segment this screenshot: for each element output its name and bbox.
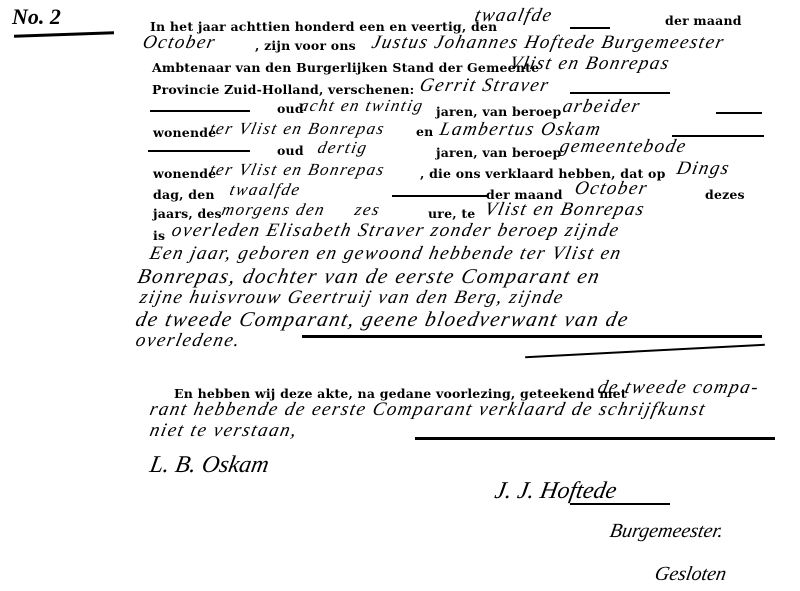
record-number-underline	[14, 31, 114, 37]
hand-day: twaalfde	[473, 5, 555, 27]
hand-month-2: October	[573, 178, 650, 200]
closing-rule	[302, 335, 762, 338]
line-10-ure: ure, te	[428, 206, 475, 221]
line-6-en: en	[416, 124, 433, 139]
signature-underline	[570, 503, 670, 505]
fill-line	[570, 27, 610, 29]
hand-occupation-2: gemeentebode	[558, 136, 689, 158]
hand-occupation-1: arbeider	[561, 96, 643, 118]
signature-witness: L. B. Oskam	[148, 452, 271, 479]
line-2-print: , zijn voor ons	[255, 38, 356, 53]
hand-line-16: overledene.	[134, 330, 243, 352]
hand-line-12: Een jaar, geboren en gewoond hebbende te…	[148, 243, 624, 265]
closing-flourish	[525, 344, 765, 359]
record-number: No. 2	[12, 4, 61, 30]
hand-declarant-1: Gerrit Straver	[418, 75, 552, 97]
hand-residence-2: ter Vlist en Bonrepas	[208, 160, 387, 180]
hand-line-11: overleden Elisabeth Straver zonder beroe…	[170, 220, 622, 242]
line-9-dag: dag, den	[153, 187, 215, 202]
hand-time: morgens den	[220, 200, 327, 220]
record-number-value: 2	[50, 4, 61, 29]
fill-line	[716, 112, 762, 114]
hand-weekday: Dings	[675, 158, 733, 180]
line-4-print: Provincie Zuid-Holland, verschenen:	[152, 82, 415, 97]
hand-municipality: Vlist en Bonrepas	[508, 53, 673, 75]
fill-line	[392, 195, 487, 197]
line-9-dezes: dezes	[705, 187, 745, 202]
record-number-label: No.	[12, 4, 44, 29]
hand-residence-1: ter Vlist en Bonrepas	[208, 119, 387, 139]
line-3-print: Ambtenaar van den Burgerlijken Stand der…	[152, 60, 539, 75]
civil-record-page: No. 2 In het jaar achttien honderd een e…	[0, 0, 800, 591]
hand-day-2: twaalfde	[228, 180, 303, 200]
hand-mayor-name: Justus Johannes Hoftede Burgemeester	[370, 32, 727, 54]
closing-hand-1: de tweede compa-	[596, 377, 762, 399]
line-8-wonende: wonende	[153, 166, 216, 181]
signature-mayor: J. J. Hoftede	[493, 478, 619, 505]
line-1-print-b: der maand	[665, 13, 742, 28]
hand-age-2: dertig	[316, 138, 370, 158]
line-1-print: In het jaar achttien honderd een en veer…	[150, 12, 497, 34]
fill-line	[570, 92, 670, 94]
line-7-oud: oud	[277, 143, 304, 158]
fill-line	[148, 150, 250, 152]
hand-age-1: acht en twintig	[298, 96, 426, 116]
line-11-is: is	[153, 228, 165, 243]
mayor-title: Burgemeester.	[608, 520, 725, 543]
closing-hand-3: niet te verstaan,	[148, 420, 300, 442]
hand-line-14: zijne huisvrouw Geertruij van den Berg, …	[138, 287, 566, 309]
line-6-wonende: wonende	[153, 125, 216, 140]
line-5-jaren: jaren, van beroep	[436, 104, 561, 119]
hand-place-of-death: Vlist en Bonrepas	[483, 199, 648, 221]
fill-line	[150, 110, 250, 112]
closing-fill-line	[415, 437, 775, 440]
hand-line-13: Bonrepas, dochter van de eerste Comparan…	[135, 264, 603, 289]
line-7-jaren: jaren, van beroep	[436, 145, 561, 160]
line-10-jaars: jaars, des	[153, 206, 222, 221]
closed-note: Gesloten	[653, 563, 728, 586]
hand-line-15: de tweede Comparant, geene bloedverwant …	[133, 307, 631, 332]
closing-hand-2: rant hebbende de eerste Comparant verkla…	[148, 399, 709, 421]
hand-hour: zes	[353, 200, 383, 220]
hand-month: October	[141, 32, 218, 54]
